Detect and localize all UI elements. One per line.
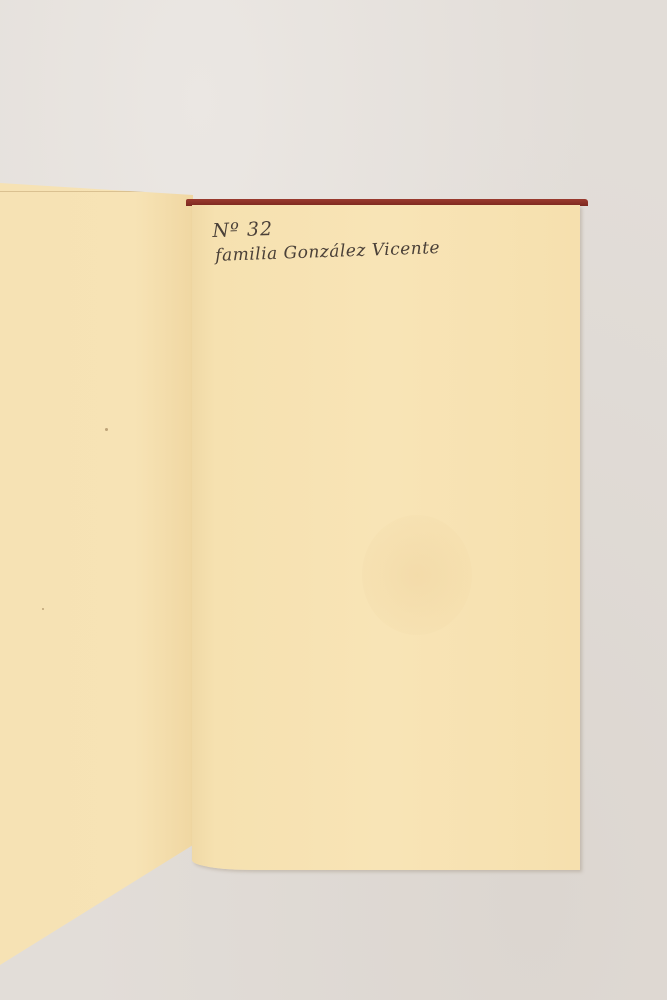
page-stain <box>362 515 472 635</box>
foxing-spot <box>105 428 108 431</box>
left-endpaper <box>0 183 193 973</box>
table-surface: Nº 32 familia González Vicente <box>0 0 667 1000</box>
inscription-number: Nº 32 <box>212 212 440 242</box>
right-flyleaf: Nº 32 familia González Vicente <box>192 205 580 870</box>
open-book: Nº 32 familia González Vicente <box>0 0 667 1000</box>
handwritten-inscription: Nº 32 familia González Vicente <box>212 212 440 266</box>
foxing-spot <box>42 608 44 610</box>
inscription-owner: familia González Vicente <box>215 238 441 266</box>
page-crease <box>0 191 193 192</box>
